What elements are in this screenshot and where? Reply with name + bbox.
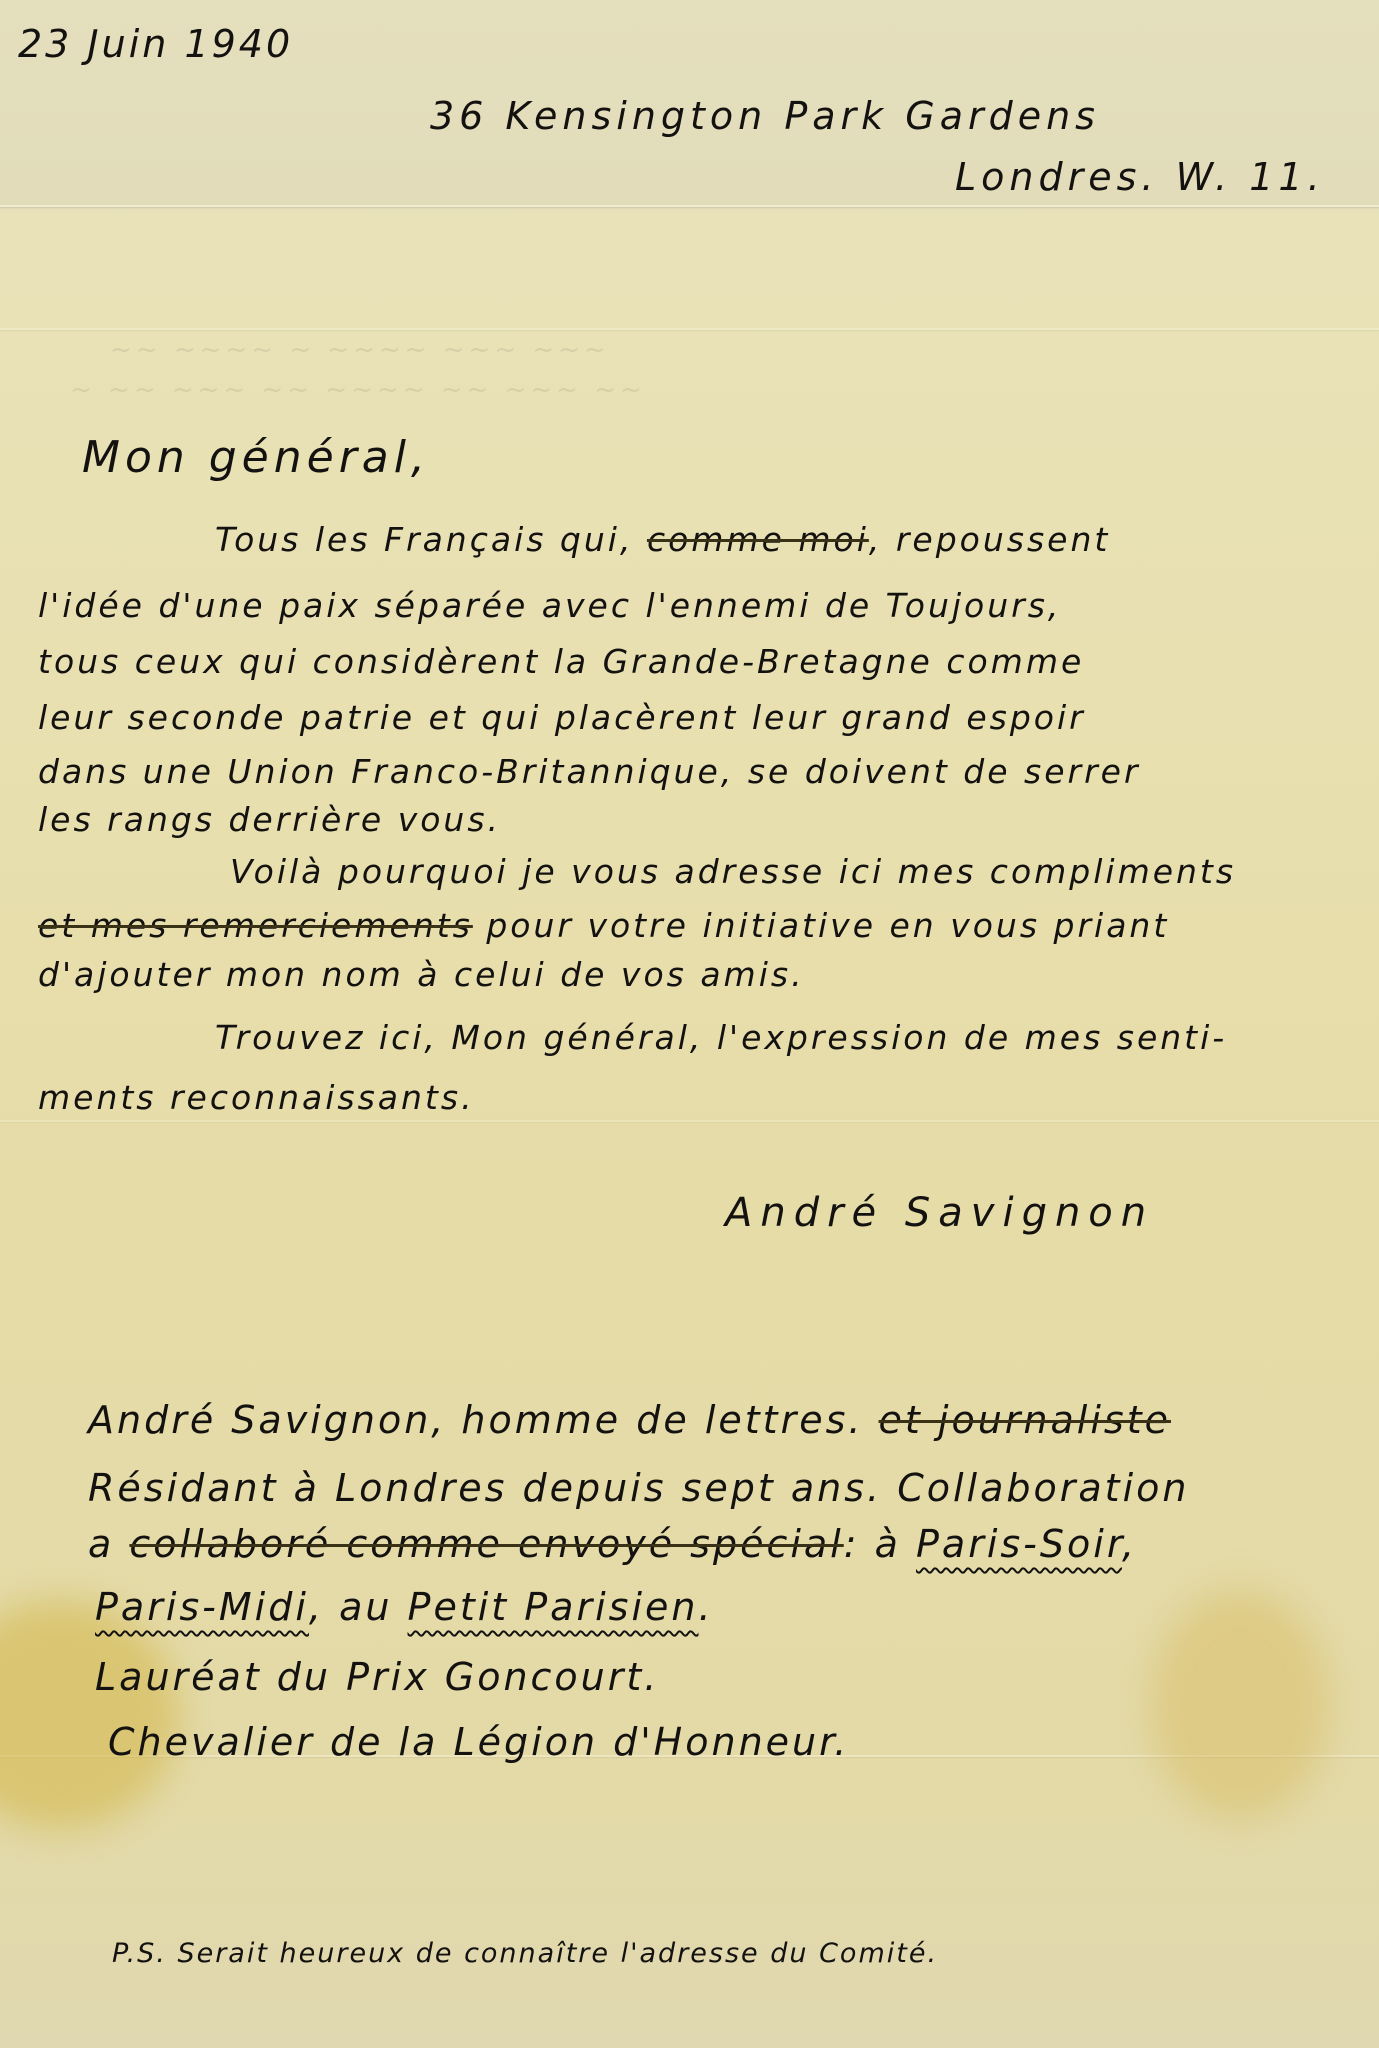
stain (0, 1600, 180, 1830)
body-line: tous ceux qui considèrent la Grande-Bret… (38, 642, 1084, 681)
underlined-title: Paris-Midi (95, 1585, 309, 1629)
body-line: ments reconnaissants. (38, 1078, 475, 1117)
body-line: leur seconde patrie et qui placèrent leu… (38, 698, 1086, 737)
address-line-1: 36 Kensington Park Gardens (430, 94, 1100, 138)
fold-line (0, 328, 1379, 330)
body-line: les rangs derrière vous. (38, 800, 501, 839)
struck-text: et journaliste (879, 1398, 1171, 1442)
fold-line (0, 205, 1379, 207)
stain (1150, 1590, 1330, 1820)
fold-line (0, 1120, 1379, 1122)
struck-text: et mes remerciements (38, 906, 473, 945)
bio-line: Chevalier de la Légion d'Honneur. (108, 1720, 849, 1764)
struck-text: comme moi (647, 520, 869, 559)
salutation: Mon général, (82, 432, 430, 483)
underlined-title: Petit Parisien (408, 1585, 699, 1629)
bio-line: Paris-Midi, au Petit Parisien. (95, 1585, 714, 1629)
body-line: Tous les Français qui, comme moi, repous… (215, 520, 1110, 559)
signature: André Savignon (725, 1190, 1154, 1236)
body-line: Trouvez ici, Mon général, l'expression d… (215, 1018, 1227, 1057)
bleed-through-text: ~~ ~~~~ ~ ~~~~ ~~~ ~~~ (110, 335, 610, 365)
letter-page: ~ ~~ ~~~ ~~ ~~~~ ~~ ~~~ ~~ ~~ ~~~~ ~ ~~~… (0, 0, 1379, 2048)
body-line: et mes remerciements pour votre initiati… (38, 906, 1169, 945)
bio-line: Lauréat du Prix Goncourt. (95, 1655, 659, 1699)
underlined-title: Paris-Soir (916, 1522, 1122, 1566)
struck-text: collaboré comme envoyé spécial (129, 1522, 843, 1566)
letter-date: 23 Juin 1940 (18, 22, 293, 66)
body-line: dans une Union Franco-Britannique, se do… (38, 752, 1141, 791)
postscript: P.S. Serait heureux de connaître l'adres… (112, 1938, 938, 1969)
address-line-2: Londres. W. 11. (955, 155, 1325, 199)
bio-line: Résidant à Londres depuis sept ans. Coll… (88, 1466, 1189, 1510)
body-line: Voilà pourquoi je vous adresse ici mes c… (230, 852, 1236, 891)
body-line: l'idée d'une paix séparée avec l'ennemi … (38, 586, 1061, 625)
bio-line: André Savignon, homme de lettres. et jou… (88, 1398, 1171, 1442)
bio-line: a collaboré comme envoyé spécial: à Pari… (88, 1522, 1137, 1566)
body-line: d'ajouter mon nom à celui de vos amis. (38, 955, 805, 994)
bleed-through-text: ~ ~~ ~~~ ~~ ~~~~ ~~ ~~~ ~~ (70, 375, 646, 405)
